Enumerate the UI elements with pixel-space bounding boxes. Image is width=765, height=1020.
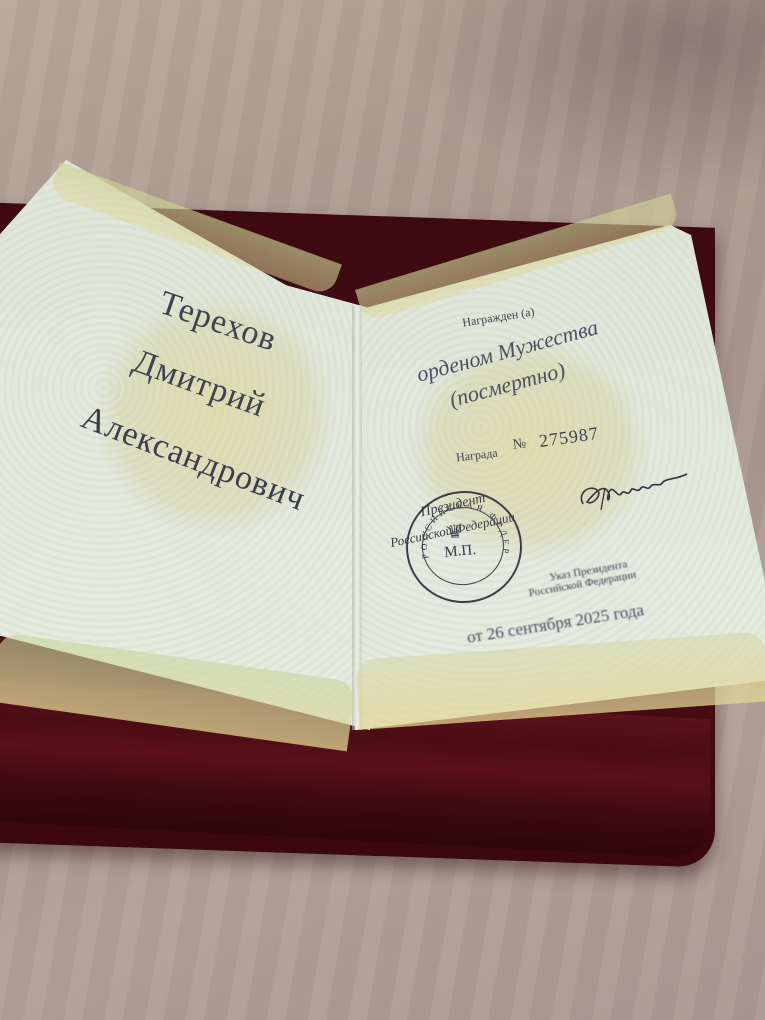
seal-center-text: М.П.	[444, 542, 477, 562]
photo-scene: Терехов Дмитрий Александрович Награжден …	[0, 0, 765, 1020]
handwritten-signature-icon	[575, 464, 695, 514]
number-sign: №	[512, 436, 527, 454]
